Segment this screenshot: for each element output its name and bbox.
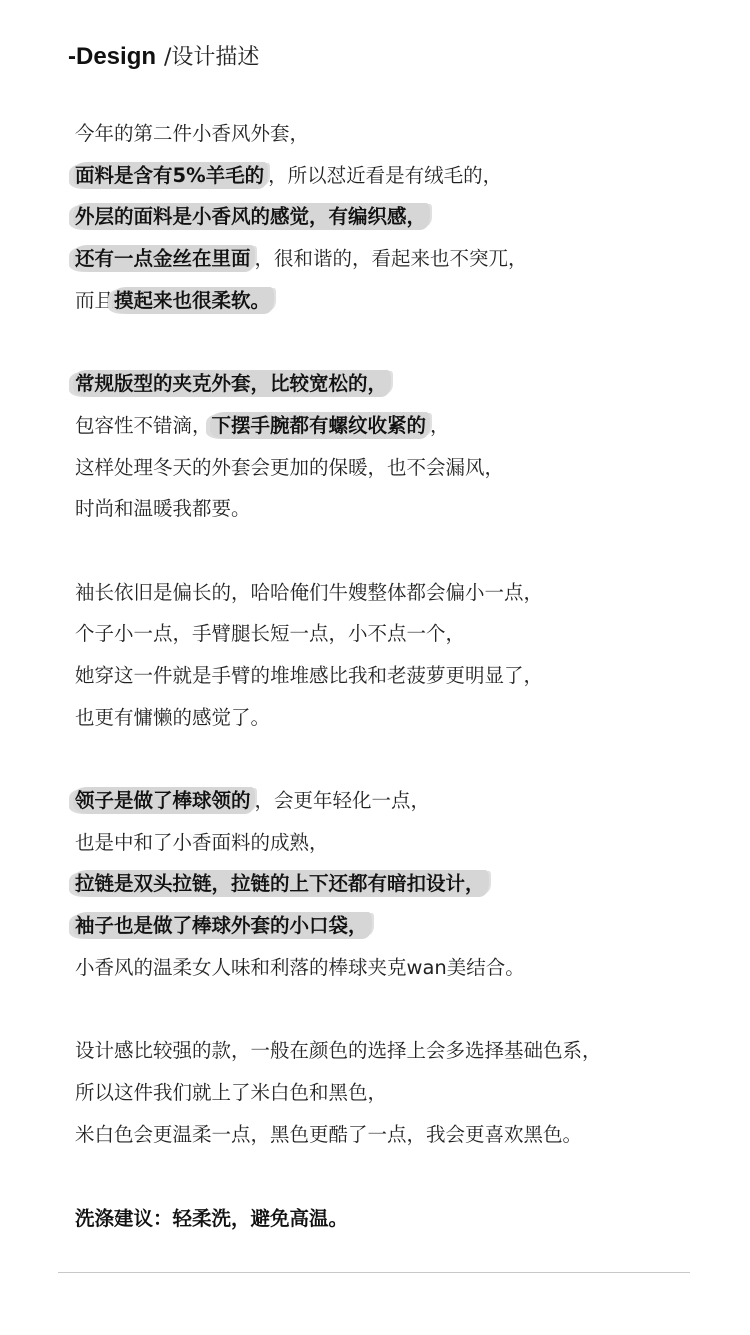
- text-line: 拉链是双头拉链，拉链的上下还都有暗扣设计，: [75, 863, 715, 905]
- washing-advice: 洗涤建议：轻柔洗，避免高温。: [75, 1199, 348, 1239]
- text-line: 小香风的温柔女人味和利落的棒球夹克wan美结合。: [75, 947, 715, 989]
- text-line: 今年的第二件小香风外套，: [75, 113, 715, 155]
- text-line: 个子小一点，手臂腿长短一点，小不点一个，: [75, 613, 715, 655]
- text-line: 外层的面料是小香风的感觉，有编织感，: [75, 196, 715, 238]
- text-line: 而且摸起来也很柔软。: [75, 280, 715, 322]
- text-line: 常规版型的夹克外套，比较宽松的，: [75, 363, 715, 405]
- body-text: 个子小一点，手臂腿长短一点，小不点一个，: [75, 622, 465, 645]
- body-text: 设计感比较强的款，一般在颜色的选择上会多选择基础色系，: [75, 1039, 602, 1062]
- section-title: -Design/设计描述: [68, 42, 259, 73]
- body-text: 这样处理冬天的外套会更加的保暖，也不会漏风，: [75, 456, 504, 479]
- paragraph-gap: [75, 738, 715, 780]
- highlighted-text: 外层的面料是小香风的感觉，有编织感，: [73, 203, 430, 230]
- text-line: 面料是含有5%羊毛的，所以怼近看是有绒毛的，: [75, 155, 715, 197]
- highlighted-text: 袖子也是做了棒球外套的小口袋，: [73, 912, 372, 939]
- body-text: 米白色会更温柔一点，黑色更酷了一点，我会更喜欢黑色。: [75, 1123, 582, 1146]
- body-text: ，: [430, 414, 450, 437]
- design-description: 今年的第二件小香风外套，面料是含有5%羊毛的，所以怼近看是有绒毛的，外层的面料是…: [75, 113, 715, 1155]
- highlighted-text: 下摆手腕都有螺纹收紧的: [210, 412, 431, 439]
- text-line: 领子是做了棒球领的，会更年轻化一点，: [75, 780, 715, 822]
- text-line: 也更有慵懒的感觉了。: [75, 697, 715, 739]
- body-text: ，会更年轻化一点，: [255, 789, 431, 812]
- paragraph-gap: [75, 530, 715, 572]
- text-line: 时尚和温暖我都要。: [75, 488, 715, 530]
- section-title-en: -Design: [68, 43, 156, 70]
- text-line: 袖长依旧是偏长的，哈哈俺们牛嫂整体都会偏小一点，: [75, 572, 715, 614]
- text-line: 包容性不错滴，下摆手腕都有螺纹收紧的，: [75, 405, 715, 447]
- text-line: 她穿这一件就是手臂的堆堆感比我和老菠萝更明显了，: [75, 655, 715, 697]
- body-text: 袖长依旧是偏长的，哈哈俺们牛嫂整体都会偏小一点，: [75, 581, 543, 604]
- section-title-zh: /设计描述: [164, 45, 259, 70]
- body-text: 时尚和温暖我都要。: [75, 497, 251, 520]
- highlighted-text: 面料是含有5%羊毛的: [73, 162, 268, 189]
- highlighted-text: 拉链是双头拉链，拉链的上下还都有暗扣设计，: [73, 870, 489, 897]
- text-line: 还有一点金丝在里面，很和谐的，看起来也不突兀，: [75, 238, 715, 280]
- highlighted-text: 常规版型的夹克外套，比较宽松的，: [73, 370, 391, 397]
- body-text: 今年的第二件小香风外套，: [75, 122, 309, 145]
- body-text: 所以这件我们就上了米白色和黑色，: [75, 1081, 387, 1104]
- body-text: 也是中和了小香面料的成熟，: [75, 831, 329, 854]
- body-text: 也更有慵懒的感觉了。: [75, 706, 270, 729]
- divider: [58, 1272, 690, 1273]
- body-text: ，所以怼近看是有绒毛的，: [268, 164, 502, 187]
- text-line: 所以这件我们就上了米白色和黑色，: [75, 1072, 715, 1114]
- body-text: 她穿这一件就是手臂的堆堆感比我和老菠萝更明显了，: [75, 664, 543, 687]
- text-line: 米白色会更温柔一点，黑色更酷了一点，我会更喜欢黑色。: [75, 1114, 715, 1156]
- body-text: ，很和谐的，看起来也不突兀，: [255, 247, 528, 270]
- text-line: 袖子也是做了棒球外套的小口袋，: [75, 905, 715, 947]
- body-text: 小香风的温柔女人味和利落的棒球夹克wan美结合。: [75, 956, 525, 979]
- text-line: 设计感比较强的款，一般在颜色的选择上会多选择基础色系，: [75, 1030, 715, 1072]
- text-line: 也是中和了小香面料的成熟，: [75, 822, 715, 864]
- body-text: 包容性不错滴，: [75, 414, 212, 437]
- highlighted-text: 还有一点金丝在里面: [73, 245, 255, 272]
- paragraph-gap: [75, 988, 715, 1030]
- body-text: 而且: [75, 289, 114, 312]
- paragraph-gap: [75, 321, 715, 363]
- highlighted-text: 领子是做了棒球领的: [73, 787, 255, 814]
- text-line: 这样处理冬天的外套会更加的保暖，也不会漏风，: [75, 447, 715, 489]
- highlighted-text: 摸起来也很柔软。: [112, 287, 274, 314]
